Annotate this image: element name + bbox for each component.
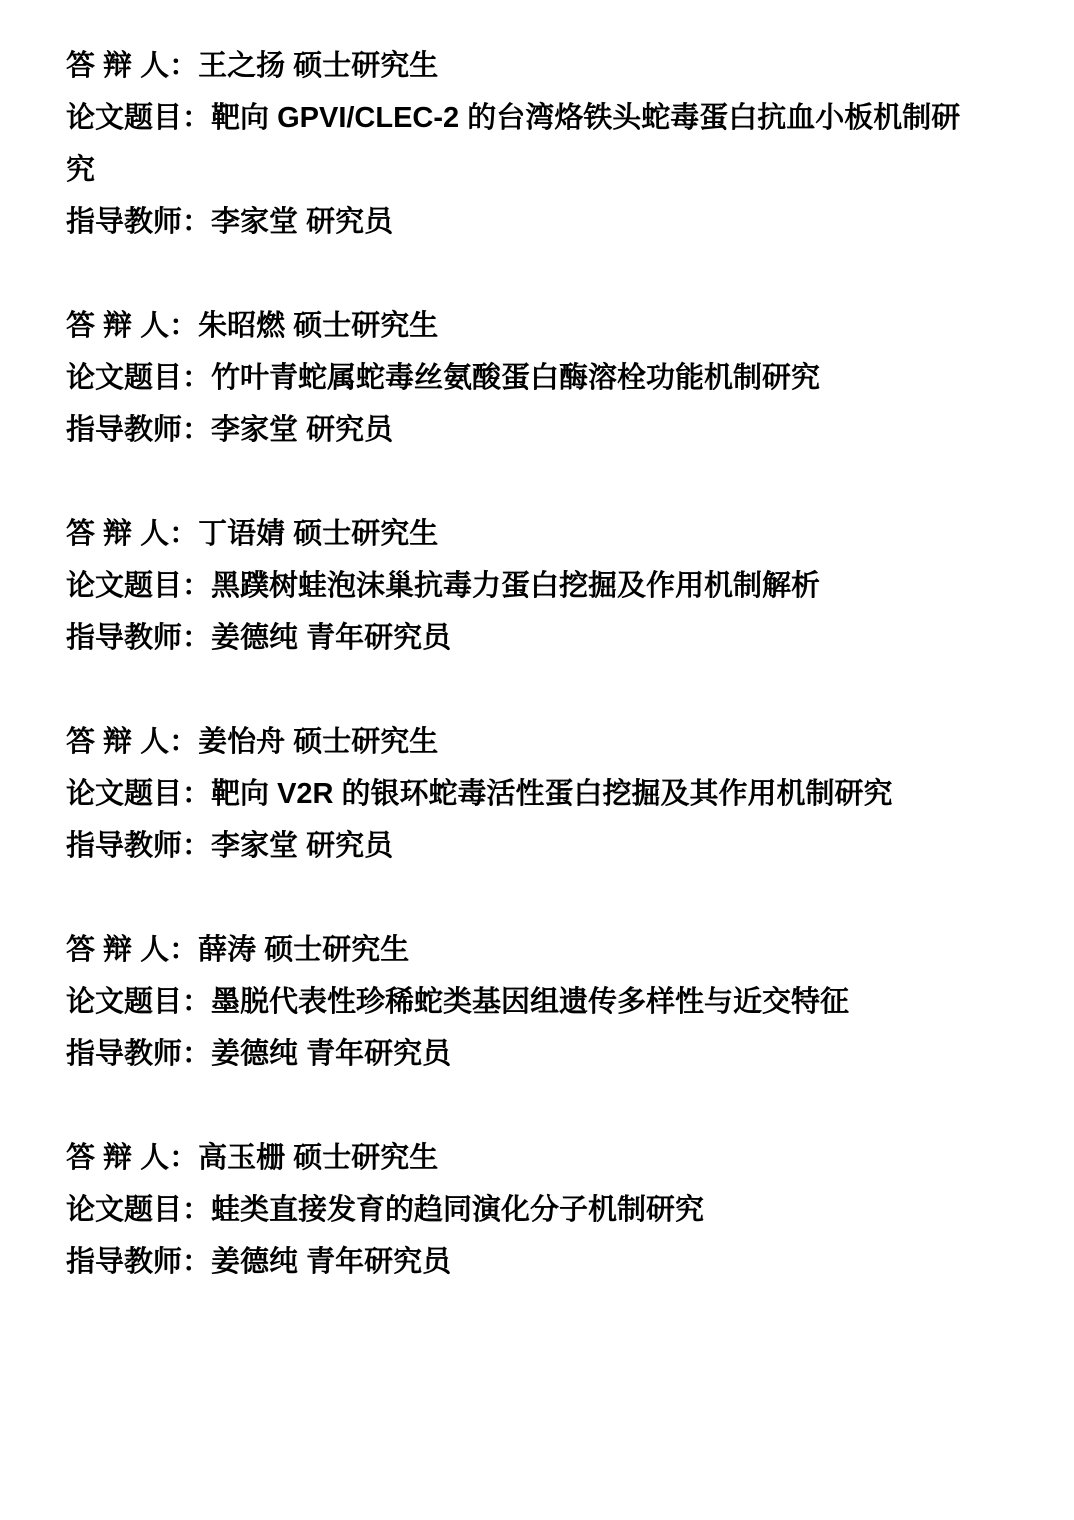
thesis-title: 竹叶青蛇属蛇毒丝氨酸蛋白酶溶栓功能机制研究 (211, 362, 820, 394)
defense-entry: 答 辩 人：王之扬 硕士研究生 论文题目：靶向 GPVI/CLEC-2 的台湾烙… (66, 40, 989, 248)
thesis-line: 论文题目：靶向 GPVI/CLEC-2 的台湾烙铁头蛇毒蛋白抗血小板机制研究 (66, 92, 989, 196)
defender-name: 丁语婧 (198, 518, 285, 550)
defender-line: 答 辩 人：薛涛 硕士研究生 (66, 924, 989, 976)
advisor-label: 指导教师： (66, 414, 211, 446)
advisor-title: 青年研究员 (306, 1038, 451, 1070)
advisor-label: 指导教师： (66, 622, 211, 654)
advisor-line: 指导教师：姜德纯 青年研究员 (66, 1028, 989, 1080)
advisor-label: 指导教师： (66, 1038, 211, 1070)
document-page: 答 辩 人：王之扬 硕士研究生 论文题目：靶向 GPVI/CLEC-2 的台湾烙… (0, 0, 1074, 1520)
defender-degree: 硕士研究生 (293, 50, 438, 82)
advisor-name: 李家堂 (211, 206, 298, 238)
defender-degree: 硕士研究生 (293, 726, 438, 758)
defender-line: 答 辩 人：王之扬 硕士研究生 (66, 40, 989, 92)
defender-label: 答 辩 人： (66, 1142, 198, 1174)
defender-name: 王之扬 (198, 50, 285, 82)
advisor-title: 青年研究员 (306, 1246, 451, 1278)
defender-line: 答 辩 人：朱昭燃 硕士研究生 (66, 300, 989, 352)
defender-name: 高玉栅 (198, 1142, 285, 1174)
thesis-title: 蛙类直接发育的趋同演化分子机制研究 (211, 1194, 704, 1226)
defense-entry: 答 辩 人：薛涛 硕士研究生 论文题目：墨脱代表性珍稀蛇类基因组遗传多样性与近交… (66, 924, 989, 1080)
advisor-line: 指导教师：李家堂 研究员 (66, 404, 989, 456)
advisor-line: 指导教师：姜德纯 青年研究员 (66, 1236, 989, 1288)
defense-entry: 答 辩 人：丁语婧 硕士研究生 论文题目：黑蹼树蛙泡沫巢抗毒力蛋白挖掘及作用机制… (66, 508, 989, 664)
advisor-line: 指导教师：李家堂 研究员 (66, 196, 989, 248)
advisor-name: 李家堂 (211, 830, 298, 862)
defense-entry: 答 辩 人：姜怡舟 硕士研究生 论文题目：靶向 V2R 的银环蛇毒活性蛋白挖掘及… (66, 716, 989, 872)
defender-line: 答 辩 人：丁语婧 硕士研究生 (66, 508, 989, 560)
advisor-line: 指导教师：李家堂 研究员 (66, 820, 989, 872)
thesis-line: 论文题目：墨脱代表性珍稀蛇类基因组遗传多样性与近交特征 (66, 976, 989, 1028)
defender-name: 朱昭燃 (198, 310, 285, 342)
defender-degree: 硕士研究生 (293, 1142, 438, 1174)
advisor-name: 李家堂 (211, 414, 298, 446)
advisor-name: 姜德纯 (211, 1246, 298, 1278)
thesis-label: 论文题目： (66, 570, 211, 602)
defense-entry: 答 辩 人：高玉栅 硕士研究生 论文题目：蛙类直接发育的趋同演化分子机制研究 指… (66, 1132, 989, 1288)
advisor-line: 指导教师：姜德纯 青年研究员 (66, 612, 989, 664)
thesis-label: 论文题目： (66, 1194, 211, 1226)
advisor-label: 指导教师： (66, 830, 211, 862)
defender-label: 答 辩 人： (66, 726, 198, 758)
defender-degree: 硕士研究生 (293, 518, 438, 550)
thesis-label: 论文题目： (66, 986, 211, 1018)
defender-label: 答 辩 人： (66, 50, 198, 82)
thesis-title: 墨脱代表性珍稀蛇类基因组遗传多样性与近交特征 (211, 986, 849, 1018)
thesis-label: 论文题目： (66, 778, 211, 810)
advisor-title: 研究员 (306, 206, 393, 238)
defense-entry: 答 辩 人：朱昭燃 硕士研究生 论文题目：竹叶青蛇属蛇毒丝氨酸蛋白酶溶栓功能机制… (66, 300, 989, 456)
defender-degree: 硕士研究生 (293, 310, 438, 342)
thesis-label: 论文题目： (66, 102, 211, 134)
defender-line: 答 辩 人：姜怡舟 硕士研究生 (66, 716, 989, 768)
advisor-name: 姜德纯 (211, 1038, 298, 1070)
thesis-label: 论文题目： (66, 362, 211, 394)
defender-label: 答 辩 人： (66, 934, 198, 966)
advisor-title: 研究员 (306, 830, 393, 862)
thesis-line: 论文题目：靶向 V2R 的银环蛇毒活性蛋白挖掘及其作用机制研究 (66, 768, 989, 820)
advisor-title: 青年研究员 (306, 622, 451, 654)
thesis-title: 黑蹼树蛙泡沫巢抗毒力蛋白挖掘及作用机制解析 (211, 570, 820, 602)
defender-line: 答 辩 人：高玉栅 硕士研究生 (66, 1132, 989, 1184)
thesis-line: 论文题目：竹叶青蛇属蛇毒丝氨酸蛋白酶溶栓功能机制研究 (66, 352, 989, 404)
thesis-line: 论文题目：黑蹼树蛙泡沫巢抗毒力蛋白挖掘及作用机制解析 (66, 560, 989, 612)
defender-name: 姜怡舟 (198, 726, 285, 758)
thesis-line: 论文题目：蛙类直接发育的趋同演化分子机制研究 (66, 1184, 989, 1236)
defender-name: 薛涛 (198, 934, 256, 966)
defender-label: 答 辩 人： (66, 310, 198, 342)
thesis-title: 靶向 V2R 的银环蛇毒活性蛋白挖掘及其作用机制研究 (211, 778, 893, 810)
advisor-label: 指导教师： (66, 1246, 211, 1278)
advisor-label: 指导教师： (66, 206, 211, 238)
defender-label: 答 辩 人： (66, 518, 198, 550)
advisor-name: 姜德纯 (211, 622, 298, 654)
advisor-title: 研究员 (306, 414, 393, 446)
defender-degree: 硕士研究生 (264, 934, 409, 966)
